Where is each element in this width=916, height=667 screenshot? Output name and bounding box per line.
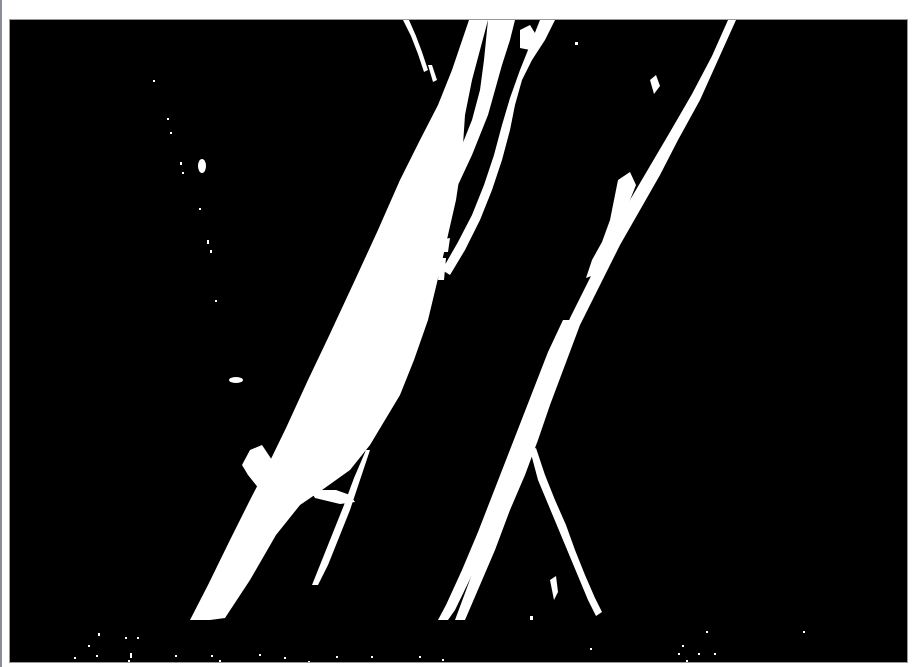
micrograph (10, 20, 908, 663)
window-edge (0, 0, 2, 667)
image-viewer: Thresholded black-and-white SEM image sh… (9, 19, 908, 663)
